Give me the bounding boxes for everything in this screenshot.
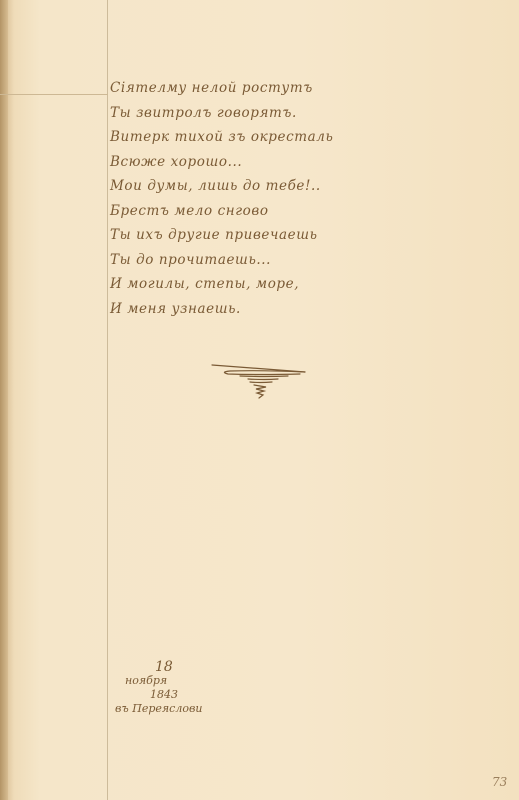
page-number: 73 — [492, 775, 507, 789]
top-rule-line — [0, 94, 108, 95]
poem-line: И могилы, степы, море, — [110, 272, 410, 297]
signature-day: 18 — [155, 660, 202, 674]
poem-line: Всюже хорошо... — [110, 150, 410, 175]
poem-line: Брестъ мело снгово — [110, 199, 410, 224]
signature-year: 1843 — [150, 688, 202, 702]
poem-line: Сіятелму нелой ростутъ — [110, 76, 410, 101]
flourish-icon — [210, 362, 310, 402]
poem-line: И меня узнаешь. — [110, 297, 410, 322]
poem-line: Витерк тихой зъ окресталь — [110, 125, 410, 150]
signature-place: въ Переяслови — [115, 702, 202, 716]
signature-block: 18 ноября 1843 въ Переяслови — [115, 660, 202, 716]
poem-text: Сіятелму нелой ростутъ Ты звитролъ говор… — [110, 76, 410, 321]
manuscript-page: Сіятелму нелой ростутъ Ты звитролъ говор… — [0, 0, 519, 800]
poem-line: Ты до прочитаешь... — [110, 248, 410, 273]
signature-month: ноября — [125, 674, 202, 688]
poem-line: Ты ихъ другие привечаешь — [110, 223, 410, 248]
poem-line: Мои думы, лишь до тебе!.. — [110, 174, 410, 199]
poem-line: Ты звитролъ говорятъ. — [110, 101, 410, 126]
margin-rule-line — [107, 0, 108, 800]
binding-edge — [0, 0, 8, 800]
